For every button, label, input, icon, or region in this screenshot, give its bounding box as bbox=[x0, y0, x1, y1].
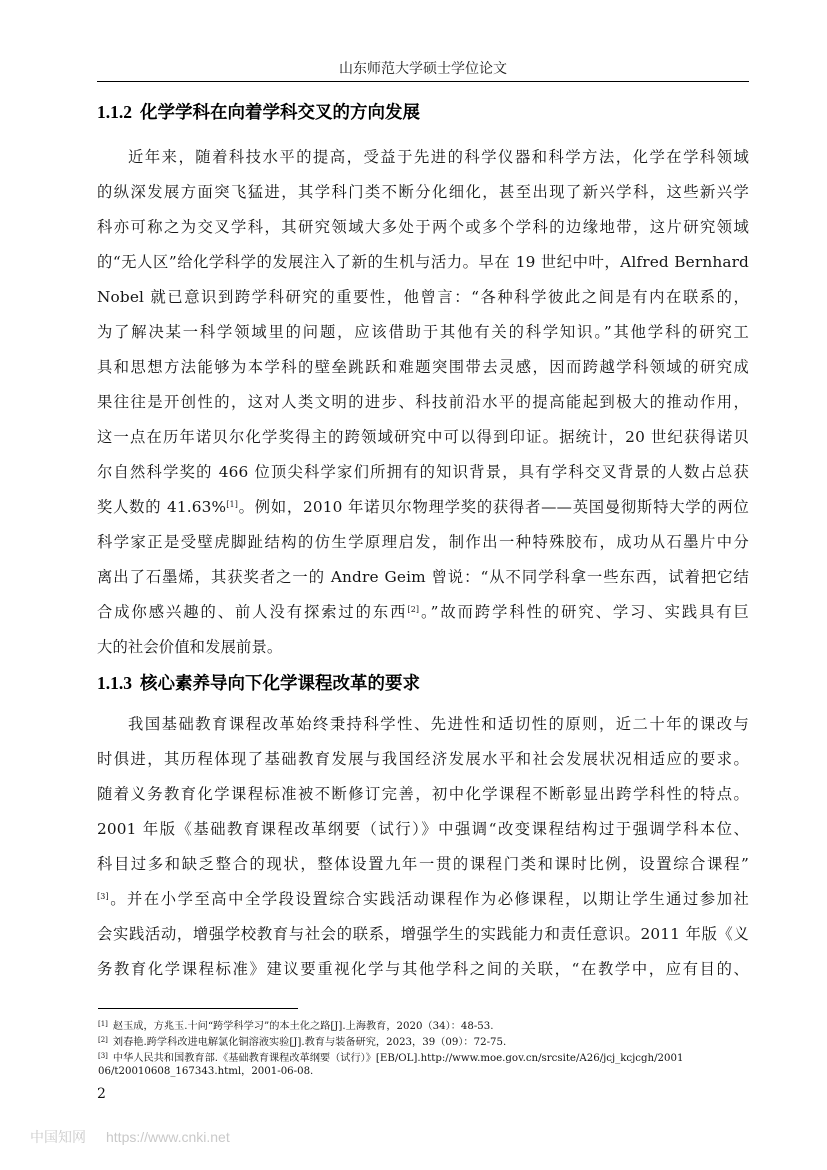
text-line: 科学家正是受壁虎脚趾结构的仿生学原理启发，制作出一种特殊胶布，成功从石墨片中分 bbox=[97, 525, 749, 560]
text-line: 随着义务教育化学课程标准被不断修订完善，初中化学课程不断彰显出跨学科性的特点。 bbox=[97, 777, 749, 812]
section-heading-1-1-3: 1.1.3核心素养导向下化学课程改革的要求 bbox=[97, 671, 420, 696]
watermark-brand: 中国知网 bbox=[30, 1129, 86, 1145]
text-line: 会实践活动，增强学校教育与社会的联系，增强学生的实践能力和责任意识。2011 年… bbox=[97, 917, 749, 952]
text-line: 2001 年版《基础教育课程改革纲要（试行）》中强调“改变课程结构过于强调学科本… bbox=[97, 812, 749, 847]
text-line: 的纵深发展方面突飞猛进，其学科门类不断分化细化，甚至出现了新兴学科，这些新兴学 bbox=[97, 175, 749, 210]
citation-marker[interactable]: [2] bbox=[407, 605, 419, 614]
text-span: 。并在小学至高中全学段设置综合实践活动课程作为必修课程，以期让学生通过参加社 bbox=[109, 890, 749, 908]
text-line: 这一点在历年诺贝尔化学奖得主的跨领域研究中可以得到印证。据统计，20 世纪获得诺… bbox=[97, 420, 749, 455]
text-line: 为了解决某一科学领域里的问题，应该借助于其他有关的科学知识。”其他学科的研究工 bbox=[97, 315, 749, 350]
section-title: 核心素养导向下化学课程改革的要求 bbox=[140, 674, 420, 694]
section-title: 化学学科在向着学科交叉的方向发展 bbox=[140, 103, 420, 123]
footnote: [3]中华人民共和国教育部.《基础教育课程改革纲要（试行）》[EB/OL].ht… bbox=[98, 1048, 758, 1064]
text-line: Nobel 就已意识到跨学科研究的重要性，他曾言：“各种科学彼此之间是有内在联系… bbox=[97, 280, 749, 315]
text-line: [3]。并在小学至高中全学段设置综合实践活动课程作为必修课程，以期让学生通过参加… bbox=[97, 882, 749, 917]
section-heading-1-1-2: 1.1.2化学学科在向着学科交叉的方向发展 bbox=[97, 100, 420, 125]
text-line: 时俱进，其历程体现了基础教育发展与我国经济发展水平和社会发展状况相适应的要求。 bbox=[97, 742, 749, 777]
header-rule bbox=[97, 81, 749, 82]
footnotes: [1]赵玉成，方兆玉.十问“跨学科学习”的本土化之路[J].上海教育，2020（… bbox=[98, 1016, 758, 1080]
footnote: [1]赵玉成，方兆玉.十问“跨学科学习”的本土化之路[J].上海教育，2020（… bbox=[98, 1016, 758, 1032]
text-line: 的“无人区”给化学科学的发展注入了新的生机与活力。早在 19 世纪中叶，Alfr… bbox=[97, 245, 749, 280]
running-header: 山东师范大学硕士学位论文 bbox=[97, 60, 749, 78]
text-line: 合成你感兴趣的、前人没有探索过的东西[2]。”故而跨学科性的研究、学习、实践具有… bbox=[97, 595, 749, 630]
text-span: 。”故而跨学科性的研究、学习、实践具有巨 bbox=[419, 603, 749, 621]
footnote-continuation: 06/t20010608_167343.html，2001-06-08. bbox=[98, 1064, 758, 1080]
text-line: 科亦可称之为交叉学科，其研究领域大多处于两个或多个学科的边缘地带，这片研究领域 bbox=[97, 210, 749, 245]
text-line: 离出了石墨烯，其获奖者之一的 Andre Geim 曾说：“从不同学科拿一些东西… bbox=[97, 560, 749, 595]
page-number: 2 bbox=[97, 1085, 106, 1103]
section-number: 1.1.3 bbox=[97, 673, 132, 693]
text-span: 。例如，2010 年诺贝尔物理学奖的获得者——英国曼彻斯特大学的两位 bbox=[238, 498, 749, 516]
text-line: 科目过多和缺乏整合的现状，整体设置九年一贯的课程门类和课时比例，设置综合课程” bbox=[97, 847, 749, 882]
footnote: [2]刘春艳.跨学科改进电解氯化铜溶液实验[J].教育与装备研究，2023，39… bbox=[98, 1032, 758, 1048]
footnote-mark: [1] bbox=[98, 1020, 108, 1028]
citation-marker[interactable]: [1] bbox=[226, 500, 238, 509]
watermark-url: https://www.cnki.net bbox=[106, 1129, 230, 1145]
footnote-mark: [2] bbox=[98, 1036, 108, 1044]
footnote-text: 赵玉成，方兆玉.十问“跨学科学习”的本土化之路[J].上海教育，2020（34）… bbox=[113, 1021, 494, 1032]
watermark: 中国知网https://www.cnki.net bbox=[30, 1127, 230, 1147]
text-line: 果往往是开创性的，这对人类文明的进步、科技前沿水平的提高能起到极大的推动作用， bbox=[97, 385, 749, 420]
text-line: 近年来，随着科技水平的提高，受益于先进的科学仪器和科学方法，化学在学科领域 bbox=[97, 140, 749, 175]
citation-marker[interactable]: [3] bbox=[97, 892, 109, 901]
footnote-mark: [3] bbox=[98, 1052, 108, 1060]
text-line: 尔自然科学奖的 466 位顶尖科学家们所拥有的知识背景，具有学科交叉背景的人数占… bbox=[97, 455, 749, 490]
text-span: 奖人数的 41.63% bbox=[97, 498, 226, 516]
text-line: 具和思想方法能够为本学科的壁垒跳跃和难题突围带去灵感，因而跨越学科领域的研究成 bbox=[97, 350, 749, 385]
text-line: 奖人数的 41.63%[1]。例如，2010 年诺贝尔物理学奖的获得者——英国曼… bbox=[97, 490, 749, 525]
footnote-rule bbox=[98, 1008, 298, 1009]
section-1-1-3-body: 我国基础教育课程改革始终秉持科学性、先进性和适切性的原则，近二十年的课改与时俱进… bbox=[97, 707, 749, 987]
section-1-1-2-body: 近年来，随着科技水平的提高，受益于先进的科学仪器和科学方法，化学在学科领域的纵深… bbox=[97, 140, 749, 665]
footnote-text: 中华人民共和国教育部.《基础教育课程改革纲要（试行）》[EB/OL].http:… bbox=[113, 1053, 684, 1064]
text-line: 务教育化学课程标准》建议要重视化学与其他学科之间的关联，“在教学中，应有目的、 bbox=[97, 952, 749, 987]
footnote-text: 刘春艳.跨学科改进电解氯化铜溶液实验[J].教育与装备研究，2023，39（09… bbox=[113, 1037, 506, 1048]
text-line: 我国基础教育课程改革始终秉持科学性、先进性和适切性的原则，近二十年的课改与 bbox=[97, 707, 749, 742]
text-line: 大的社会价值和发展前景。 bbox=[97, 630, 749, 665]
text-span: 合成你感兴趣的、前人没有探索过的东西 bbox=[97, 603, 407, 621]
section-number: 1.1.2 bbox=[97, 102, 132, 122]
